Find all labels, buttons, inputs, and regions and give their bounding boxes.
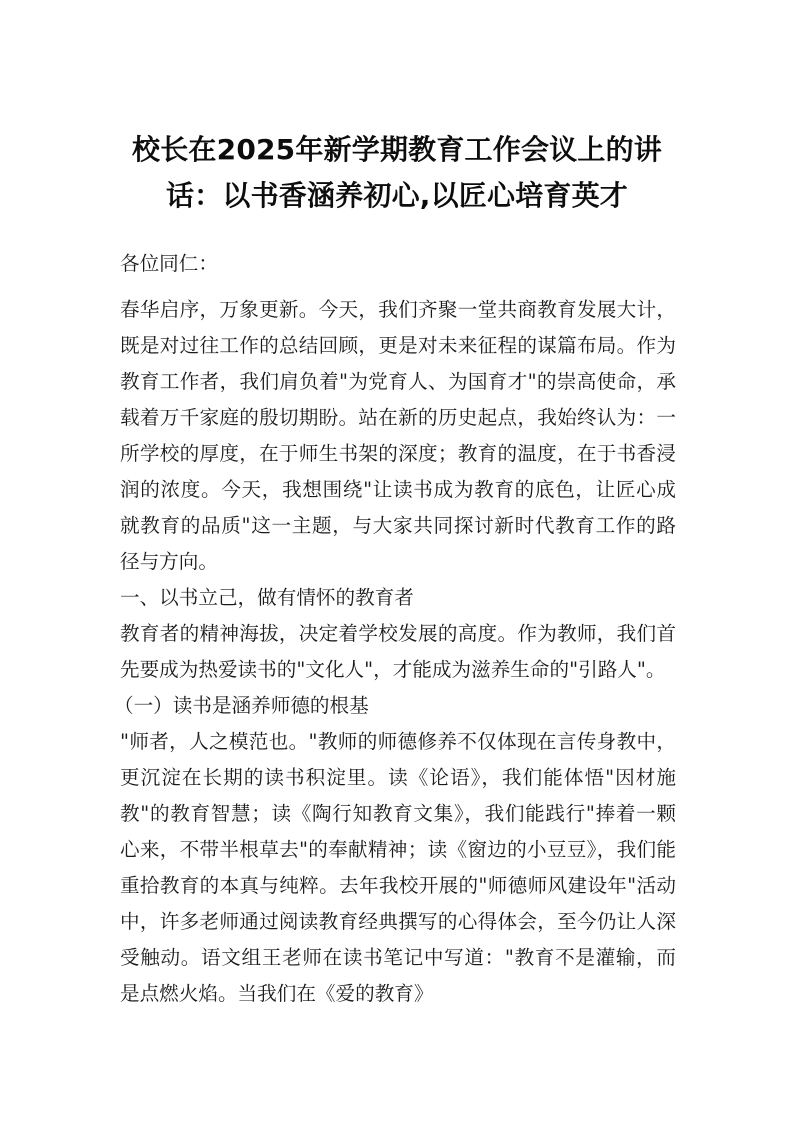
paragraph-section-1-intro: 教育者的精神海拔，决定着学校发展的高度。作为教师，我们首先要成为热爱读书的"文化… <box>120 616 676 688</box>
subsection-heading-1: （一）读书是涵养师德的根基 <box>114 688 676 724</box>
salutation: 各位同仁： <box>120 246 676 282</box>
section-heading-1: 一、以书立己，做有情怀的教育者 <box>120 580 676 616</box>
document-title: 校长在2025年新学期教育工作会议上的讲话：以书香涵养初心,以匠心培育英才 <box>110 127 684 219</box>
paragraph-subsection-1: "师者，人之模范也。"教师的师德修养不仅体现在言传身教中，更沉淀在长期的读书积淀… <box>120 724 676 1012</box>
paragraph-intro: 春华启序，万象更新。今天，我们齐聚一堂共商教育发展大计，既是对过往工作的总结回顾… <box>120 292 676 580</box>
document-body: 各位同仁： 春华启序，万象更新。今天，我们齐聚一堂共商教育发展大计，既是对过往工… <box>120 246 676 1012</box>
document-page: 校长在2025年新学期教育工作会议上的讲话：以书香涵养初心,以匠心培育英才 各位… <box>0 0 793 1122</box>
